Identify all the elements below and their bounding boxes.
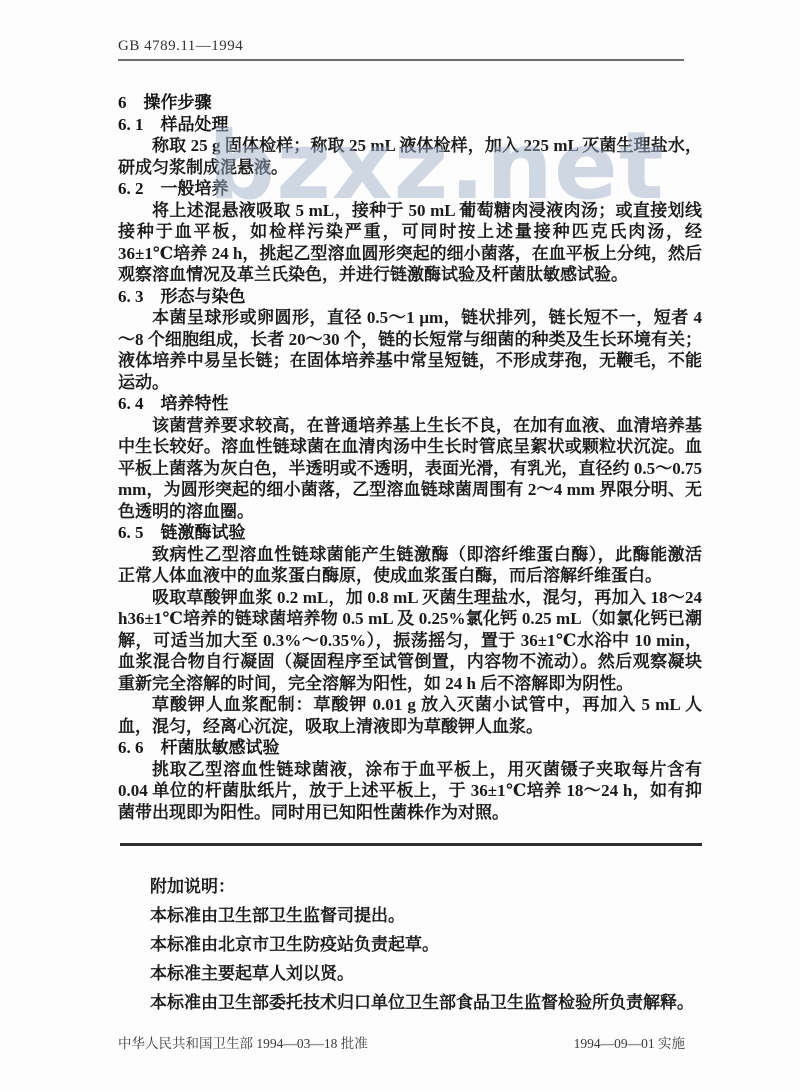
approval-note: 中华人民共和国卫生部 1994—03—18 批准 bbox=[118, 1032, 368, 1052]
paragraph: 草酸钾人血浆配制：草酸钾 0.01 g 放入灭菌小试管中，再加入 5 mL 人血… bbox=[118, 694, 702, 737]
appendix-notes: 附加说明：本标准由卫生部卫生监督司提出。本标准由北京市卫生防疫站负责起草。本标准… bbox=[150, 872, 702, 1017]
section-heading: 6. 4 培养特性 bbox=[118, 393, 702, 415]
paragraph: 本菌呈球形或卵圆形，直径 0.5～1 μm，链状排列，链长短不一，短者 4～8 … bbox=[118, 307, 702, 393]
appendix-line: 本标准由北京市卫生防疫站负责起草。 bbox=[150, 930, 702, 959]
paragraph: 称取 25 g 固体检样；称取 25 mL 液体检样，加入 225 mL 灭菌生… bbox=[118, 135, 702, 178]
appendix-line: 本标准由卫生部委托技术归口单位卫生部食品卫生监督检验所负责解释。 bbox=[150, 988, 702, 1017]
appendix-divider-rule bbox=[120, 843, 702, 846]
section-heading: 6. 5 链激酶试验 bbox=[118, 522, 702, 544]
section-heading: 6. 6 杆菌肽敏感试验 bbox=[118, 737, 702, 759]
section-heading: 6 操作步骤 bbox=[118, 92, 702, 114]
paragraph: 挑取乙型溶血性链球菌液，涂布于血平板上，用灭菌镊子夹取每片含有 0.04 单位的… bbox=[118, 759, 702, 824]
paragraph: 该菌营养要求较高，在普通培养基上生长不良，在加有血液、血清培养基中生长较好。溶血… bbox=[118, 415, 702, 523]
paragraph: 致病性乙型溶血性链球菌能产生链激酶（即溶纤维蛋白酶），此酶能激活正常人体血液中的… bbox=[118, 544, 702, 587]
paragraph: 吸取草酸钾血浆 0.2 mL，加 0.8 mL 灭菌生理盐水，混匀，再加入 18… bbox=[118, 587, 702, 695]
section-heading: 6. 1 样品处理 bbox=[118, 114, 702, 136]
paragraph: 将上述混悬液吸取 5 mL，接种于 50 mL 葡萄糖肉浸液肉汤；或直接划线接种… bbox=[118, 200, 702, 286]
document-page: GB 4789.11—1994 bzxz.net 6 操作步骤6. 1 样品处理… bbox=[0, 0, 800, 1091]
appendix-line: 本标准主要起草人刘以贤。 bbox=[150, 959, 702, 988]
appendix-line: 本标准由卫生部卫生监督司提出。 bbox=[150, 901, 702, 930]
section-heading: 6. 3 形态与染色 bbox=[118, 286, 702, 308]
implementation-note: 1994—09—01 实施 bbox=[574, 1032, 685, 1052]
document-body: 6 操作步骤6. 1 样品处理称取 25 g 固体检样；称取 25 mL 液体检… bbox=[118, 92, 702, 823]
page-footer: 中华人民共和国卫生部 1994—03—18 批准 1994—09—01 实施 bbox=[118, 1032, 685, 1052]
section-heading: 6. 2 一般培养 bbox=[118, 178, 702, 200]
appendix-line: 附加说明： bbox=[150, 872, 702, 901]
header-rule bbox=[118, 59, 684, 61]
standard-number: GB 4789.11—1994 bbox=[118, 38, 243, 55]
